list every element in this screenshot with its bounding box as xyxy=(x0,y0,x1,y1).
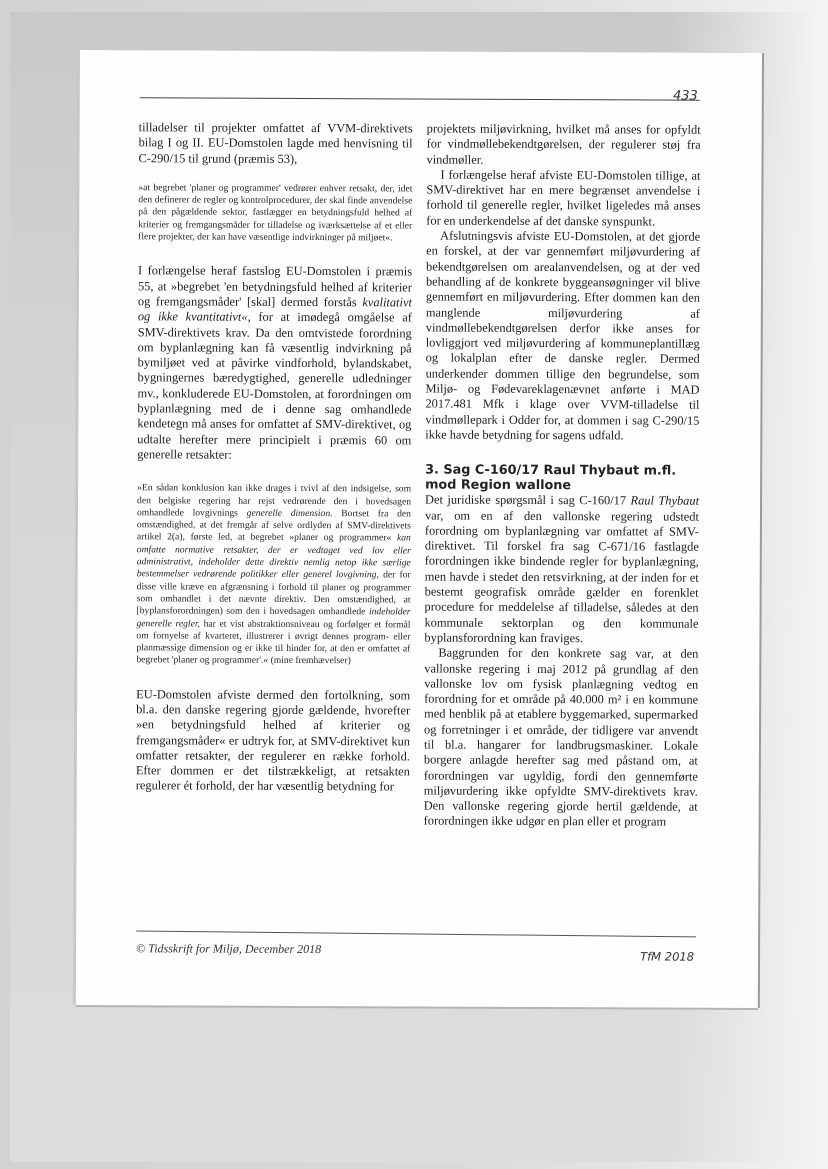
emphasis: Raul Thybaut xyxy=(631,494,700,508)
page-number: 433 xyxy=(673,89,698,104)
document-page: 433 tilladelser til projekter omfattet a… xyxy=(76,50,762,1008)
section-heading: 3. Sag C-160/17 Raul Thybaut m.fl. mod R… xyxy=(425,463,699,494)
header-rule xyxy=(140,97,700,100)
left-column: tilladelser til projekter omfattet af VV… xyxy=(136,120,413,795)
paragraph: Afslutningsvis afviste EU-Domstolen, at … xyxy=(425,229,700,444)
paragraph: tilladelser til projekter omfattet af VV… xyxy=(138,120,412,167)
paragraph: projektets miljøvirkning, hvilket må ans… xyxy=(426,122,700,169)
footer-journal-tag: TfM 2018 xyxy=(640,949,694,963)
block-quote: »En sådan konklusion kan ikke drages i t… xyxy=(136,482,411,668)
right-column: projektets miljøvirkning, hvilket må ans… xyxy=(424,122,701,831)
block-quote: »at begrebet 'planer og programmer' vedr… xyxy=(138,182,412,245)
emphasis: generelle dimension. xyxy=(247,508,333,519)
paragraph: I forlængelse heraf fastslog EU-Domstole… xyxy=(137,264,412,464)
footer-rule xyxy=(136,931,696,938)
paragraph: I forlængelse heraf afviste EU-Domstolen… xyxy=(426,167,700,229)
footer-copyright: © Tidsskrift for Miljø, December 2018 xyxy=(136,941,321,957)
paragraph: EU-Domstolen afviste dermed den fortolkn… xyxy=(136,687,410,795)
paragraph: Det juridiske spørgsmål i sag C-160/17 R… xyxy=(424,493,699,647)
paragraph: Baggrunden for den konkrete sag var, at … xyxy=(424,646,699,831)
